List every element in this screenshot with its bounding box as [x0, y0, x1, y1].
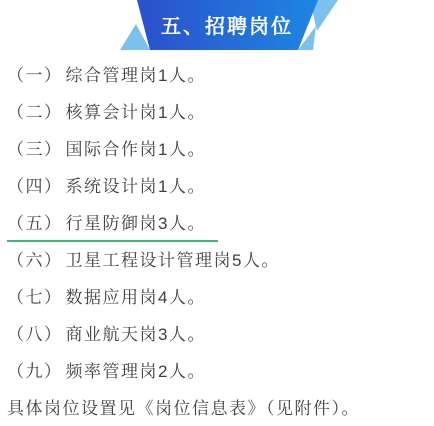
item-number: （三）	[7, 140, 63, 159]
list-item-content: （二）核算会计岗1人。	[7, 97, 206, 128]
item-text: 卫星工程设计管理岗5人。	[66, 251, 280, 270]
item-number: （九）	[7, 362, 63, 381]
footer-note: 具体岗位设置见《岗位信息表》（见附件）。	[0, 390, 434, 426]
section-banner: 五、招聘岗位	[110, 0, 342, 51]
item-number: （四）	[7, 177, 63, 196]
item-number: （一）	[7, 66, 63, 85]
item-text: 频率管理岗2人。	[66, 362, 206, 381]
list-item: （九）频率管理岗2人。	[7, 353, 428, 390]
item-number: （二）	[7, 103, 63, 122]
item-text: 国际合作岗1人。	[66, 140, 206, 159]
item-text: 行星防御岗3人。	[66, 214, 206, 233]
banner-title: 五、招聘岗位	[161, 14, 293, 38]
item-number: （八）	[7, 325, 63, 344]
list-item: （四）系统设计岗1人。	[7, 168, 428, 205]
item-number: （六）	[7, 251, 63, 270]
item-text: 商业航天岗3人。	[66, 325, 206, 344]
list-item-content: （九）频率管理岗2人。	[7, 356, 206, 387]
list-item: （六）卫星工程设计管理岗5人。	[7, 242, 428, 279]
list-item: （三）国际合作岗1人。	[7, 131, 428, 168]
list-item-content: （五）行星防御岗3人。	[7, 208, 218, 242]
item-text: 数据应用岗4人。	[66, 288, 206, 307]
item-number: （七）	[7, 288, 63, 307]
position-list: （一）综合管理岗1人。 （二）核算会计岗1人。 （三）国际合作岗1人。 （四）系…	[0, 51, 434, 390]
list-item-content: （六）卫星工程设计管理岗5人。	[7, 245, 280, 276]
list-item-content: （四）系统设计岗1人。	[7, 171, 206, 202]
list-item-content: （八）商业航天岗3人。	[7, 319, 206, 350]
list-item-content: （三）国际合作岗1人。	[7, 134, 206, 165]
list-item: （七）数据应用岗4人。	[7, 279, 428, 316]
item-text: 系统设计岗1人。	[66, 177, 206, 196]
list-item: （八）商业航天岗3人。	[7, 316, 428, 353]
list-item-content: （一）综合管理岗1人。	[7, 60, 206, 91]
list-item-content: （七）数据应用岗4人。	[7, 282, 206, 313]
item-text: 综合管理岗1人。	[66, 66, 206, 85]
list-item-highlighted: （五）行星防御岗3人。	[7, 205, 428, 242]
banner-ribbon-graphic: 五、招聘岗位	[110, 0, 342, 51]
list-item: （二）核算会计岗1人。	[7, 94, 428, 131]
item-number: （五）	[7, 214, 63, 233]
list-item: （一）综合管理岗1人。	[7, 57, 428, 94]
item-text: 核算会计岗1人。	[66, 103, 206, 122]
